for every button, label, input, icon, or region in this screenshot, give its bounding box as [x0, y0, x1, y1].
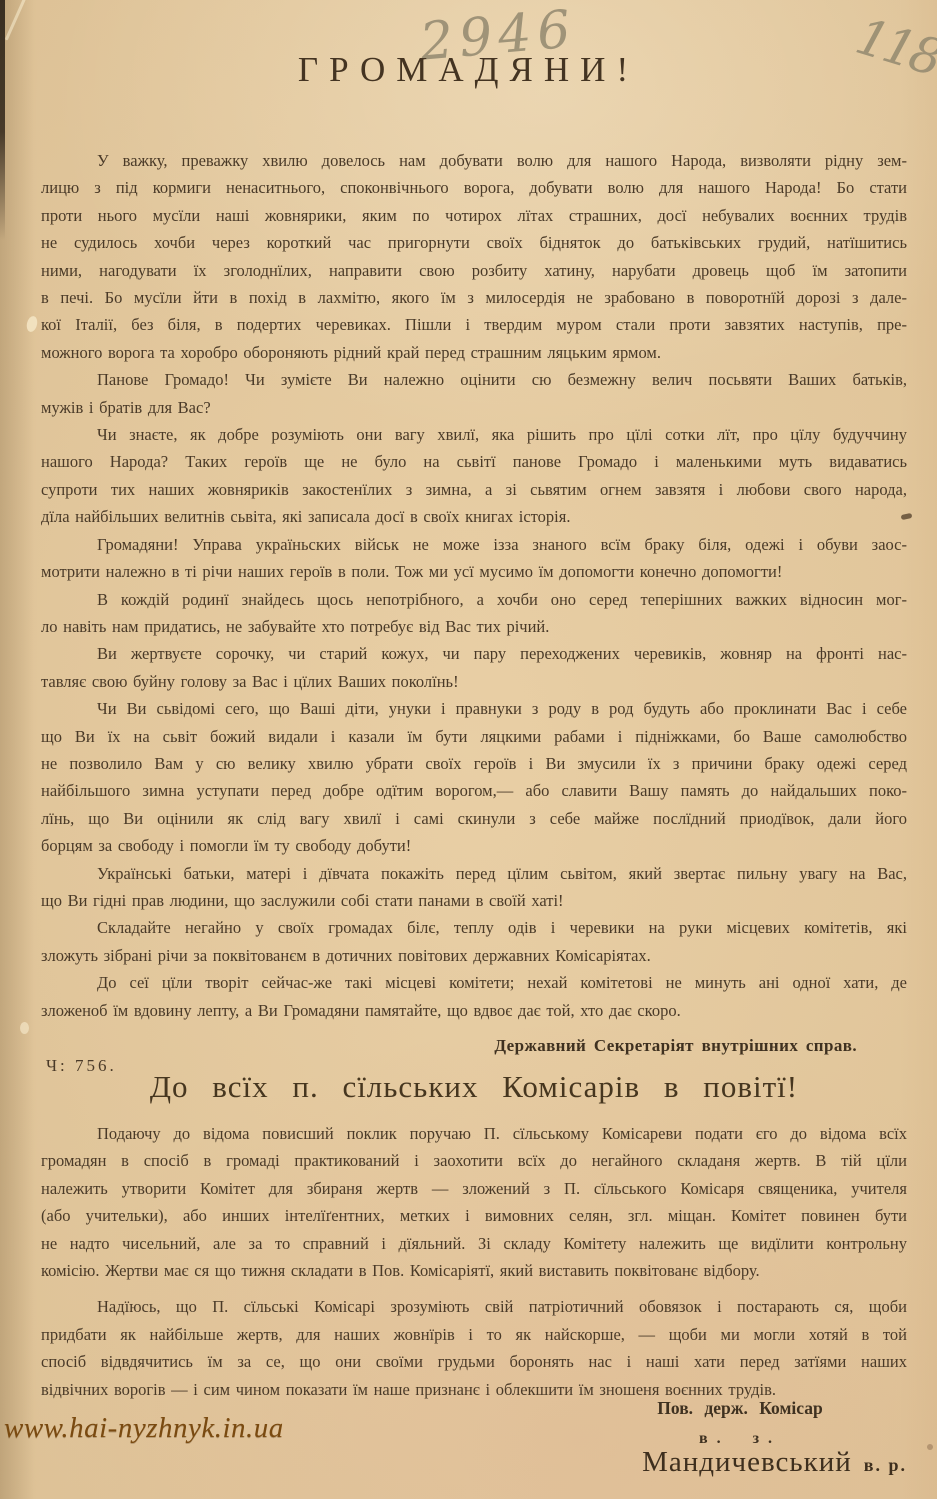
paragraph: Подаючу до відома повисший поклик поруча… — [41, 1120, 907, 1284]
paragraph: Складайте негайно у своїх громадах білє,… — [41, 914, 907, 969]
paragraph: Чи знаєте, як добре розуміють они вагу х… — [41, 421, 907, 531]
paragraph: Українські батьки, матері і дївчата пока… — [41, 860, 907, 915]
paragraph-line: придбати як найбільше жертв, для наших ж… — [41, 1321, 907, 1348]
paragraph-line: Ви жертвуєте сорочку, чи старий кожух, ч… — [41, 640, 907, 667]
scanned-document-page: 2946 118 ГРОМАДЯНИ! У важку, преважку хв… — [0, 0, 937, 1499]
paragraph-line: зложеноб їм вдовину лепту, а Ви Громадян… — [41, 997, 907, 1024]
paragraph-line: Чи знаєте, як добре розуміють они вагу х… — [41, 421, 907, 448]
order-body: Подаючу до відома повисший поклик поруча… — [41, 1120, 907, 1403]
watermark-url: www.hai-nyzhnyk.in.ua — [4, 1412, 284, 1445]
paragraph-line: дїла найбільших велитнів сьвіта, які зап… — [41, 503, 907, 530]
paragraph-line: До сеї цїли творіт сейчас-же такі місцев… — [41, 969, 907, 996]
paragraph: Панове Громадо! Чи зумієте Ви належно оц… — [41, 366, 907, 421]
paragraph-line: лїнь, що Ви оцінили як слід вагу хвилї і… — [41, 805, 907, 832]
paragraph-line: спосіб відвдячитись їм за се, що они сво… — [41, 1348, 907, 1375]
order-heading: До всїх п. сїльських Комісарів в повітї! — [41, 1068, 907, 1106]
paragraph-line: лицю з під кормиги ненаситнього, споконв… — [41, 174, 907, 201]
paper-fleck — [20, 1022, 29, 1034]
paragraph-line: Чи Ви сьвідомі сего, що Ваші діти, унуки… — [41, 695, 907, 722]
paragraph-line: Панове Громадо! Чи зумієте Ви належно оц… — [41, 366, 907, 393]
commissar-signature-title: Пов. держ. Комісар — [565, 1398, 915, 1419]
paragraph-line: тавляє свою буйну голову за Вас і цїлих … — [41, 668, 907, 695]
commissar-signature-row: Мандичевський в. р. — [642, 1446, 907, 1479]
paragraph-line: в печі. Бо мусїли йти в похід в лахмітю,… — [41, 284, 907, 311]
paragraph-line: кої Італії, без біля, в подертих черевик… — [41, 311, 907, 338]
paragraph: Чи Ви сьвідомі сего, що Ваші діти, унуки… — [41, 695, 907, 859]
paragraph-line: Українські батьки, матері і дївчата пока… — [41, 860, 907, 887]
paragraph-line: ло навіть нам придатись, не забувайте хт… — [41, 613, 907, 640]
secretariat-signature: Державний Секретаріят внутрішних справ. — [494, 1036, 857, 1056]
paragraph-line: борцям за свободу і помогли їм ту свобод… — [41, 832, 907, 859]
paragraph: Громадяни! Управа україньских військ не … — [41, 531, 907, 586]
paragraph-line: Громадяни! Управа україньских військ не … — [41, 531, 907, 558]
paragraph-line: Подаючу до відома повисший поклик поруча… — [41, 1120, 907, 1147]
proclamation-body: У важку, преважку хвилю довелось нам доб… — [41, 147, 907, 1024]
paragraph: У важку, преважку хвилю довелось нам доб… — [41, 147, 907, 366]
paragraph-line: не судилось хочби через короткий час при… — [41, 229, 907, 256]
paragraph-line: не позволило Вам у сю велику хвилю убрат… — [41, 750, 907, 777]
paragraph-line: найбільшого зимна уступати перед добре о… — [41, 777, 907, 804]
paragraph-line: що Ви їх на сьвіт божий видали і казали … — [41, 723, 907, 750]
paragraph-line: комісію. Жертви має ся що тижня складати… — [41, 1257, 907, 1284]
paragraph: Ви жертвуєте сорочку, чи старий кожух, ч… — [41, 640, 907, 695]
paragraph-line: мотрити належно в ті річи наших героїв в… — [41, 558, 907, 585]
paragraph-line: що Ви гідні прав людини, що заслужили со… — [41, 887, 907, 914]
paragraph-line: ними, нагодувати їх зголоднїлих, направи… — [41, 257, 907, 284]
paragraph-line: Надїюсь, що П. сїльські Комісарі зрозумі… — [41, 1293, 907, 1320]
order-section: До всїх п. сїльських Комісарів в повітї!… — [41, 1068, 907, 1403]
paragraph-line: мужів і братів для Вас? — [41, 394, 907, 421]
paragraph-line: можного ворога та хоробро обороняють рід… — [41, 339, 907, 366]
proclamation-title: ГРОМАДЯНИ! — [0, 50, 937, 90]
paragraph-line: нашого Народа? Таких героїв ще не було н… — [41, 448, 907, 475]
paragraph-line: громадян в спосіб в громаді практиковани… — [41, 1147, 907, 1174]
paragraph: До сеї цїли творіт сейчас-же такі місцев… — [41, 969, 907, 1024]
ink-speck — [927, 1444, 933, 1450]
paragraph-line: не надто чисельний, але за то справний і… — [41, 1230, 907, 1257]
commissar-signature-name: Мандичевський — [642, 1446, 852, 1478]
commissar-signature-vr: в. р. — [864, 1455, 907, 1475]
paragraph-line: В кождій родинї знайдесь щось непотрібно… — [41, 586, 907, 613]
paragraph-line: супроти тих наших жовнярикiв закостенїли… — [41, 476, 907, 503]
paragraph: Надїюсь, що П. сїльські Комісарі зрозумі… — [41, 1293, 907, 1403]
paragraph-line: Складайте негайно у своїх громадах білє,… — [41, 914, 907, 941]
scan-edge-artifact — [0, 0, 5, 240]
paragraph-line: У важку, преважку хвилю довелось нам доб… — [41, 147, 907, 174]
paragraph-line: зложуть зібрані річи за поквітованєм в д… — [41, 942, 907, 969]
scan-edge-shade — [0, 0, 34, 1499]
paragraph: В кождій родинї знайдесь щось непотрібно… — [41, 586, 907, 641]
paragraph-line: проти нього мусїли наші жовнярики, яким … — [41, 202, 907, 229]
paragraph-line: належить утворити Комітет для збираня же… — [41, 1175, 907, 1202]
paragraph-line: (або учительки), або инших інтелїґентних… — [41, 1202, 907, 1229]
